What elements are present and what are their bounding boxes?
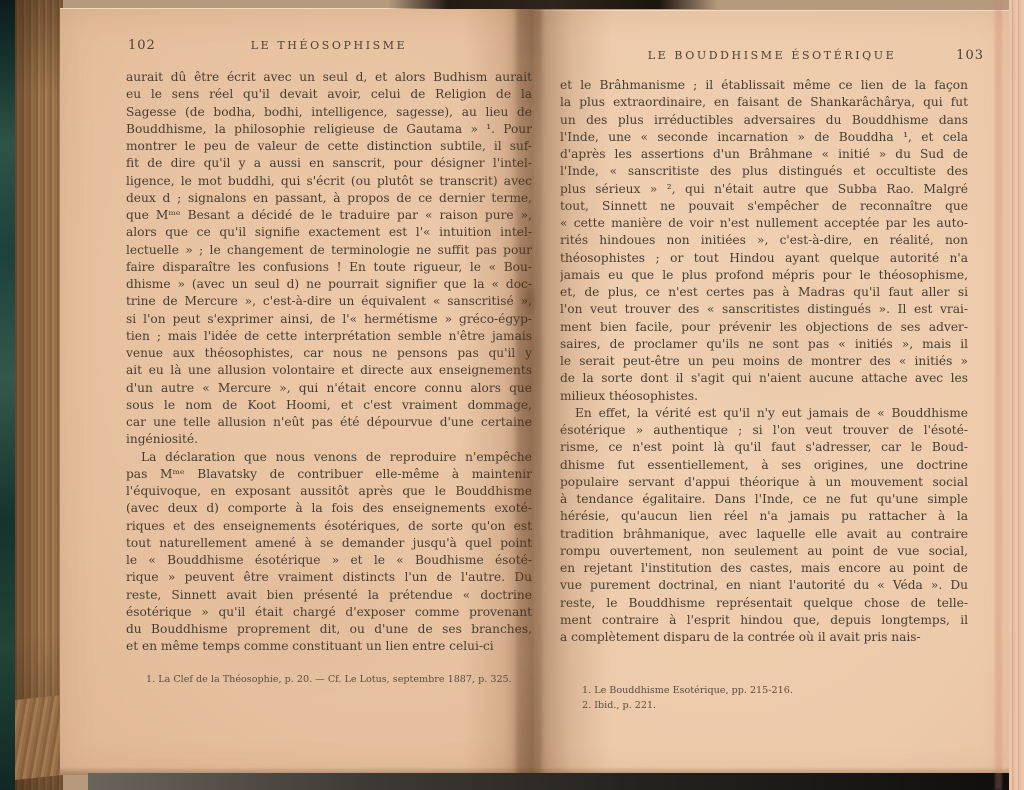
text-line: ingéniosité. (126, 431, 532, 448)
text-line: reste, Sinnett avait bien présenté la pr… (126, 587, 532, 604)
text-line: et, de plus, ce n'est certes pas à Madra… (560, 284, 968, 301)
text-line: théosophistes ; or tout Hindou ayant que… (560, 250, 968, 267)
text-line: ment contraire à l'esprit hindou que, de… (560, 612, 968, 629)
text-line: ligence, le mot buddhi, qui s'écrit (ou … (126, 173, 532, 190)
right-page: LE BOUDDHISME ÉSOTÉRIQUE 103 et le Brâhm… (534, 10, 1010, 775)
text-line: plus sérieux » ², qui n'était autre que … (560, 181, 968, 198)
text-line: rompu ouvertement, non seulement au poin… (560, 543, 968, 560)
right-running-title: LE BOUDDHISME ÉSOTÉRIQUE (560, 49, 984, 62)
text-line: le « Bouddhisme ésotérique » et le « Bou… (126, 552, 532, 569)
book-bottom-edge (88, 773, 1024, 790)
book-scan: 102 LE THÉOSOPHISME aurait dû être écrit… (0, 0, 1024, 790)
left-running-title: LE THÉOSOPHISME (126, 39, 532, 52)
right-page-text: et le Brâhmanisme ; il établissait même … (560, 77, 968, 646)
text-line: vue purement doctrinal, en niant l'autor… (560, 577, 968, 594)
text-line: la plus extraordinaire, en faisant de Sh… (560, 94, 968, 111)
text-line: En effet, la vérité est qu'il n'y eut ja… (560, 405, 968, 422)
page-edges-left (15, 0, 63, 790)
left-page-text: aurait dû être écrit avec un seul d, et … (126, 69, 532, 656)
text-line: tout, Sinnett ne pouvait s'empêcher de r… (560, 198, 968, 215)
text-line: en rejetant l'institution des castes, ma… (560, 560, 968, 577)
text-line: ésotérique » authentique ; si l'on veut … (560, 422, 968, 439)
left-page-footnotes: 1. La Clef de la Théosophie, p. 20. — Cf… (146, 672, 538, 687)
text-line: le serait peut-être un peu moins de mont… (560, 353, 968, 370)
text-line: tout naturellement amené à se demander j… (126, 535, 532, 552)
text-line: Sagesse (de bodha, bodhi, intelligence, … (126, 104, 532, 121)
page-edges-right (1009, 0, 1024, 790)
text-line: fit de dire qu'il y a aussi en sanscrit,… (126, 155, 532, 172)
book-cover-edge (0, 0, 15, 790)
text-line: du Bouddhisme proprement dit, ou d'une d… (126, 621, 532, 638)
text-line: tien ; mais l'idée de cette interprétati… (126, 328, 532, 345)
text-line: riques et des enseignements ésotériques,… (126, 518, 532, 535)
text-line: saires, de proclamer qu'ils ne sont pas … (560, 336, 968, 353)
text-line: faire disparaître les confusions ! En to… (126, 259, 532, 276)
text-line: car une telle allusion n'eût pas été dép… (126, 414, 532, 431)
left-page: 102 LE THÉOSOPHISME aurait dû être écrit… (60, 8, 534, 775)
text-line: ait eu là une allusion volontaire et dir… (126, 362, 532, 379)
text-line: trine de Mercure », c'est-à-dire un équi… (126, 293, 532, 310)
text-line: lectuelle » ; le changement de terminolo… (126, 242, 532, 259)
text-line: eu le sens réel qu'il devait avoir, celu… (126, 86, 532, 103)
text-line: un des plus irréductibles adversaires du… (560, 112, 968, 129)
text-line: « cette manière de voir n'est nullement … (560, 215, 968, 232)
text-line: milieux théosophistes. (560, 388, 968, 405)
text-line: et le Brâhmanisme ; il établissait même … (560, 77, 968, 94)
text-line: aurait dû être écrit avec un seul d, et … (126, 69, 532, 86)
footnote: 1. La Clef de la Théosophie, p. 20. — Cf… (146, 672, 538, 687)
text-line: d'un autre « Mercure », qui n'était enco… (126, 380, 532, 397)
text-line: populaire servant d'appui théorique à un… (560, 474, 968, 491)
text-line: ment bien facile, pour prévenir les obje… (560, 319, 968, 336)
text-line: l'on veut trouver des « sanscritistes di… (560, 301, 968, 318)
text-line: tradition brâhmanique, avec laquelle ell… (560, 526, 968, 543)
text-line: rique » peuvent être vraiment distincts … (126, 569, 532, 586)
text-line: pas Mᵐᵉ Blavatsky de contribuer elle-mêm… (126, 466, 532, 483)
text-line: si l'on peut s'exprimer ainsi, de l'« he… (126, 311, 532, 328)
right-page-header: LE BOUDDHISME ÉSOTÉRIQUE 103 (560, 49, 984, 67)
left-page-header: 102 LE THÉOSOPHISME (126, 39, 532, 57)
text-line: d'après les assertions d'un Brâhmane « i… (560, 146, 968, 163)
footnote: 2. Ibid., p. 221. (582, 698, 982, 713)
text-line: Bouddhisme, la philosophie religieuse de… (126, 121, 532, 138)
text-line: à tendance égalitaire. Dans l'Inde, ce n… (560, 491, 968, 508)
text-line: (avec deux d) comporte à la fois des ens… (126, 500, 532, 517)
text-line: sous le nom de Koot Hoomi, et c'est vrai… (126, 397, 532, 414)
text-line: l'équivoque, en exposant aussitôt après … (126, 483, 532, 500)
text-line: risme, ce n'est point là qu'il faut s'ad… (560, 439, 968, 456)
text-line: a complètement disparu de la contrée où … (560, 629, 968, 646)
text-line: rités hindoues non initiées », c'est-à-d… (560, 232, 968, 249)
right-page-number: 103 (956, 48, 984, 63)
text-line: dhisme » (avec un seul d) ne pourrait si… (126, 276, 532, 293)
text-line: l'Inde, une « seconde incarnation » de B… (560, 129, 968, 146)
text-line: montrer le peu de valeur de cette distin… (126, 138, 532, 155)
text-line: venue aux théosophistes, car nous ne pen… (126, 345, 532, 362)
text-line: que Mᵐᵉ Besant a décidé de le traduire p… (126, 207, 532, 224)
text-line: et en même temps comme constituant un li… (126, 638, 532, 655)
text-line: deux d ; signalons en passant, à propos … (126, 190, 532, 207)
left-page-number: 102 (128, 38, 156, 53)
text-line: alors que ce qu'il signifie exactement e… (126, 224, 532, 241)
text-line: de la sorte dont il s'agit qui n'aient a… (560, 370, 968, 387)
text-line: reste, le Bouddhisme représentait quelqu… (560, 595, 968, 612)
text-line: jamais eu que le plus profond mépris pou… (560, 267, 968, 284)
text-line: l'Inde, « sanscritiste des plus distingu… (560, 163, 968, 180)
text-line: La déclaration que nous venons de reprod… (126, 449, 532, 466)
text-line: dhisme fut essentiellement, à ses origin… (560, 457, 968, 474)
footnote: 1. Le Bouddhisme Esotérique, pp. 215-216… (582, 683, 982, 698)
text-line: hérésie, qu'aucun lien réel n'a jamais p… (560, 508, 968, 525)
right-page-footnotes: 1. Le Bouddhisme Esotérique, pp. 215-216… (582, 683, 982, 713)
text-line: ésotérique » qu'il était chargé d'expose… (126, 604, 532, 621)
